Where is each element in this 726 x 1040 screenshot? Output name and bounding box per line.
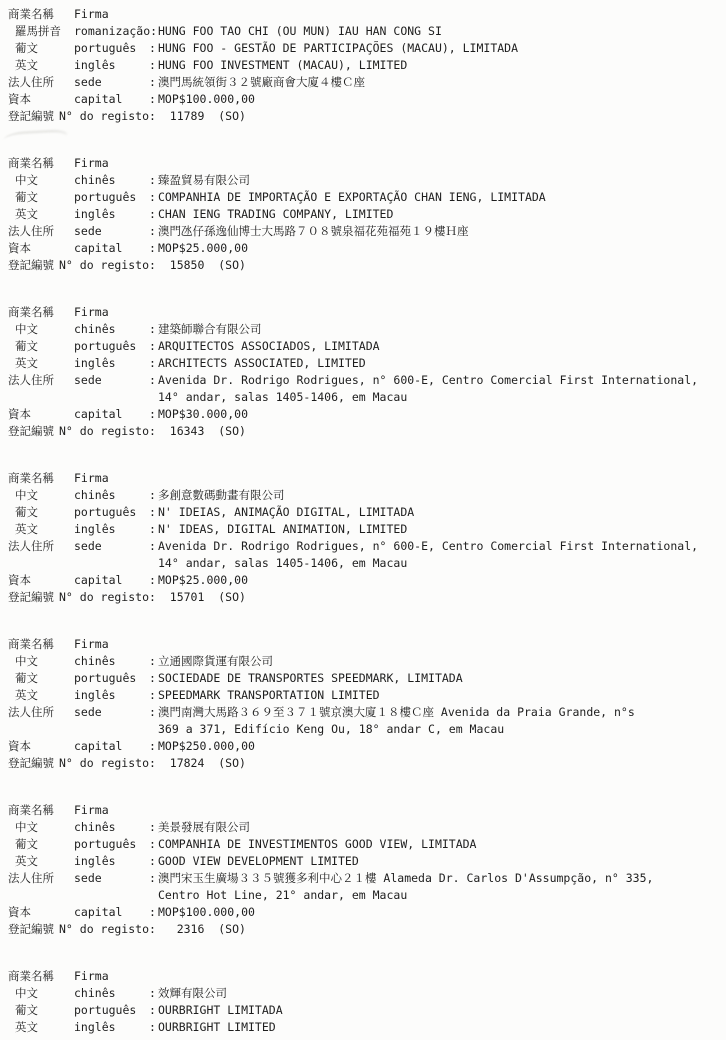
row-english-name: 英文 inglês : SPEEDMARK TRANSPORTATION LIM…: [0, 687, 726, 704]
field-value: 澳門馬統領街３２號廠商會大廈４樓Ｃ座: [158, 74, 365, 91]
field-label-zh: 中文: [0, 653, 74, 670]
field-label-zh: 登記編號: [0, 755, 59, 772]
row-registered-office: 法人住所 sede : Avenida Dr. Rodrigo Rodrigue…: [0, 538, 726, 572]
row-english-name: 英文 inglês : HUNG FOO INVESTMENT (MACAU),…: [0, 57, 726, 74]
business-name-label-pt: Firma: [74, 470, 149, 487]
colon-separator: :: [149, 538, 158, 555]
business-name-label-zh: 商業名稱: [0, 968, 74, 985]
record-header-row: 商業名稱 Firma: [0, 6, 726, 23]
field-value: 15850 (SO): [156, 257, 246, 274]
colon-separator: :: [149, 240, 158, 257]
field-label-pt: romanização:: [74, 23, 149, 40]
colon-separator: :: [149, 819, 158, 836]
row-chinese-name: 中文 chinês : 臻盈貿易有限公司: [0, 172, 726, 189]
field-label-pt: capital: [74, 240, 149, 257]
business-name-label-zh: 商業名稱: [0, 304, 74, 321]
row-english-name: 英文 inglês : OURBRIGHT LIMITED: [0, 1019, 726, 1036]
colon-separator: :: [149, 338, 158, 355]
row-english-name: 英文 inglês : GOOD VIEW DEVELOPMENT LIMITE…: [0, 853, 726, 870]
field-label-pt: capital: [74, 406, 149, 423]
row-portuguese-name: 葡文 português : N' IDEIAS, ANIMAÇÃO DIGIT…: [0, 504, 726, 521]
field-label-pt: N° do registo:: [59, 108, 156, 125]
field-label-zh: 中文: [0, 321, 74, 338]
colon-separator: :: [149, 321, 158, 338]
field-value: COMPANHIA DE IMPORTAÇÃO E EXPORTAÇÃO CHA…: [158, 189, 546, 206]
field-label-pt: sede: [74, 372, 149, 389]
field-value: MOP$30.000,00: [158, 406, 248, 423]
row-chinese-name: 中文 chinês : 美景發展有限公司: [0, 819, 726, 836]
field-value: 澳門宋玉生廣場３３５號獲多利中心２１樓 Alameda Dr. Carlos D…: [158, 870, 653, 904]
field-label-pt: capital: [74, 904, 149, 921]
business-name-label-pt: Firma: [74, 155, 149, 172]
field-label-pt: inglês: [74, 687, 149, 704]
field-label-pt: português: [74, 40, 149, 57]
record-header-row: 商業名稱 Firma: [0, 304, 726, 321]
colon-separator: :: [149, 572, 158, 589]
field-label-pt: chinês: [74, 172, 149, 189]
company-record: 商業名稱 Firma 羅馬拼音 romanização: HUNG FOO TA…: [0, 6, 726, 125]
business-name-label-zh: 商業名稱: [0, 155, 74, 172]
row-english-name: 英文 inglês : ARCHITECTS ASSOCIATED, LIMIT…: [0, 355, 726, 372]
field-label-zh: 登記編號: [0, 921, 59, 938]
field-label-pt: sede: [74, 538, 149, 555]
colon-separator: :: [149, 57, 158, 74]
colon-separator: :: [149, 653, 158, 670]
field-label-zh: 葡文: [0, 504, 74, 521]
field-label-zh: 法人住所: [0, 372, 74, 389]
row-registered-office: 法人住所 sede : Avenida Dr. Rodrigo Rodrigue…: [0, 372, 726, 406]
gazette-page: 商業名稱 Firma 羅馬拼音 romanização: HUNG FOO TA…: [0, 0, 726, 1036]
colon-separator: :: [149, 521, 158, 538]
field-label-zh: 葡文: [0, 40, 74, 57]
field-value: HUNG FOO TAO CHI (OU MUN) IAU HAN CONG S…: [158, 23, 442, 40]
field-value: OURBRIGHT LIMITED: [158, 1019, 276, 1036]
field-label-pt: N° do registo:: [59, 423, 156, 440]
field-value: 建築師聯合有限公司: [158, 321, 262, 338]
row-capital: 資本 capital : MOP$30.000,00: [0, 406, 726, 423]
record-header-row: 商業名稱 Firma: [0, 968, 726, 985]
colon-separator: :: [149, 223, 158, 240]
field-value: 澳門南灣大馬路３６９至３７１號京澳大廈１８樓Ｃ座 Avenida da Prai…: [158, 704, 635, 738]
field-value: MOP$250.000,00: [158, 738, 255, 755]
field-label-zh: 登記編號: [0, 423, 59, 440]
field-label-zh: 英文: [0, 57, 74, 74]
field-label-pt: inglês: [74, 1019, 149, 1036]
field-label-zh: 羅馬拼音: [0, 23, 74, 40]
colon-separator: :: [149, 406, 158, 423]
field-label-pt: português: [74, 836, 149, 853]
row-registered-office: 法人住所 sede : 澳門南灣大馬路３６９至３７１號京澳大廈１８樓Ｃ座 Ave…: [0, 704, 726, 738]
company-record: 商業名稱 Firma 中文 chinês : 臻盈貿易有限公司 葡文 portu…: [0, 155, 726, 274]
field-label-pt: sede: [74, 704, 149, 721]
company-record: 商業名稱 Firma 中文 chinês : 建築師聯合有限公司 葡文 port…: [0, 304, 726, 440]
field-label-zh: 葡文: [0, 189, 74, 206]
field-label-pt: N° do registo:: [59, 257, 156, 274]
field-label-zh: 中文: [0, 819, 74, 836]
field-label-zh: 法人住所: [0, 74, 74, 91]
field-label-zh: 法人住所: [0, 538, 74, 555]
row-chinese-name: 中文 chinês : 立通國際貨運有限公司: [0, 653, 726, 670]
field-label-zh: 法人住所: [0, 870, 74, 887]
field-value: 臻盈貿易有限公司: [158, 172, 250, 189]
field-value: 效輝有限公司: [158, 985, 227, 1002]
field-value: 15701 (SO): [156, 589, 246, 606]
colon-separator: :: [149, 670, 158, 687]
business-name-label-zh: 商業名稱: [0, 6, 74, 23]
row-registered-office: 法人住所 sede : 澳門宋玉生廣場３３５號獲多利中心２１樓 Alameda …: [0, 870, 726, 904]
field-value: MOP$100.000,00: [158, 904, 255, 921]
field-value: 11789 (SO): [156, 108, 246, 125]
company-record: 商業名稱 Firma 中文 chinês : 美景發展有限公司 葡文 portu…: [0, 802, 726, 938]
field-value: 17824 (SO): [156, 755, 246, 772]
field-label-pt: N° do registo:: [59, 589, 156, 606]
row-registered-office: 法人住所 sede : 澳門氹仔孫逸仙博士大馬路７０８號泉福花苑福苑１９樓Ｈ座: [0, 223, 726, 240]
row-portuguese-name: 葡文 português : COMPANHIA DE INVESTIMENTO…: [0, 836, 726, 853]
row-chinese-name: 中文 chinês : 效輝有限公司: [0, 985, 726, 1002]
row-portuguese-name: 葡文 português : ARQUITECTOS ASSOCIADOS, L…: [0, 338, 726, 355]
row-registered-office: 法人住所 sede : 澳門馬統領街３２號廠商會大廈４樓Ｃ座: [0, 74, 726, 91]
colon-separator: :: [149, 985, 158, 1002]
field-value: OURBRIGHT LIMITADA: [158, 1002, 283, 1019]
row-registration-number: 登記編號 N° do registo: 15701 (SO): [0, 589, 726, 606]
company-record: 商業名稱 Firma 中文 chinês : 多創意數碼動畫有限公司 葡文 po…: [0, 470, 726, 606]
row-portuguese-name: 葡文 português : HUNG FOO - GESTÃO DE PART…: [0, 40, 726, 57]
scan-artifact: [0, 129, 70, 147]
field-value: SPEEDMARK TRANSPORTATION LIMITED: [158, 687, 380, 704]
field-value: GOOD VIEW DEVELOPMENT LIMITED: [158, 853, 359, 870]
row-capital: 資本 capital : MOP$250.000,00: [0, 738, 726, 755]
field-label-zh: 法人住所: [0, 704, 74, 721]
field-label-pt: sede: [74, 870, 149, 887]
field-value: 立通國際貨運有限公司: [158, 653, 273, 670]
field-value: SOCIEDADE DE TRANSPORTES SPEEDMARK, LIMI…: [158, 670, 463, 687]
field-value: Avenida Dr. Rodrigo Rodrigues, n° 600-E,…: [158, 538, 698, 572]
row-portuguese-name: 葡文 português : SOCIEDADE DE TRANSPORTES …: [0, 670, 726, 687]
field-label-pt: português: [74, 504, 149, 521]
field-label-pt: sede: [74, 223, 149, 240]
field-label-pt: português: [74, 1002, 149, 1019]
field-label-pt: N° do registo:: [59, 921, 156, 938]
field-label-pt: capital: [74, 91, 149, 108]
field-label-pt: sede: [74, 74, 149, 91]
colon-separator: :: [149, 206, 158, 223]
company-record: 商業名稱 Firma 中文 chinês : 效輝有限公司 葡文 portugu…: [0, 968, 726, 1036]
field-label-zh: 英文: [0, 1019, 74, 1036]
field-label-zh: 葡文: [0, 836, 74, 853]
field-value: MOP$25.000,00: [158, 240, 248, 257]
field-label-pt: inglês: [74, 853, 149, 870]
record-header-row: 商業名稱 Firma: [0, 636, 726, 653]
field-value: N' IDEIAS, ANIMAÇÃO DIGITAL, LIMITADA: [158, 504, 414, 521]
row-portuguese-name: 葡文 português : COMPANHIA DE IMPORTAÇÃO E…: [0, 189, 726, 206]
field-label-zh: 登記編號: [0, 589, 59, 606]
business-name-label-pt: Firma: [74, 968, 149, 985]
field-label-zh: 中文: [0, 985, 74, 1002]
field-value: ARQUITECTOS ASSOCIADOS, LIMITADA: [158, 338, 380, 355]
field-value: 2316 (SO): [156, 921, 246, 938]
field-label-zh: 英文: [0, 521, 74, 538]
colon-separator: :: [149, 91, 158, 108]
business-name-label-zh: 商業名稱: [0, 470, 74, 487]
field-label-pt: português: [74, 189, 149, 206]
row-chinese-name: 中文 chinês : 多創意數碼動畫有限公司: [0, 487, 726, 504]
field-label-zh: 登記編號: [0, 257, 59, 274]
field-label-zh: 資本: [0, 572, 74, 589]
colon-separator: :: [149, 687, 158, 704]
row-registration-number: 登記編號 N° do registo: 15850 (SO): [0, 257, 726, 274]
business-name-label-zh: 商業名稱: [0, 802, 74, 819]
field-label-zh: 資本: [0, 406, 74, 423]
colon-separator: :: [149, 836, 158, 853]
colon-separator: :: [149, 853, 158, 870]
field-value: 16343 (SO): [156, 423, 246, 440]
colon-separator: :: [149, 1019, 158, 1036]
field-value: 澳門氹仔孫逸仙博士大馬路７０８號泉福花苑福苑１９樓Ｈ座: [158, 223, 469, 240]
field-label-pt: chinês: [74, 653, 149, 670]
business-name-label-pt: Firma: [74, 636, 149, 653]
business-name-label-pt: Firma: [74, 802, 149, 819]
colon-separator: :: [149, 1002, 158, 1019]
field-value: CHAN IENG TRADING COMPANY, LIMITED: [158, 206, 393, 223]
colon-separator: :: [149, 738, 158, 755]
field-label-pt: chinês: [74, 985, 149, 1002]
row-registration-number: 登記編號 N° do registo: 2316 (SO): [0, 921, 726, 938]
row-english-name: 英文 inglês : CHAN IENG TRADING COMPANY, L…: [0, 206, 726, 223]
field-label-pt: N° do registo:: [59, 755, 156, 772]
colon-separator: :: [149, 704, 158, 721]
field-label-pt: português: [74, 670, 149, 687]
field-label-zh: 中文: [0, 172, 74, 189]
field-value: COMPANHIA DE INVESTIMENTOS GOOD VIEW, LI…: [158, 836, 477, 853]
field-label-zh: 資本: [0, 904, 74, 921]
colon-separator: :: [149, 870, 158, 887]
business-name-label-pt: Firma: [74, 304, 149, 321]
field-label-zh: 法人住所: [0, 223, 74, 240]
company-record: 商業名稱 Firma 中文 chinês : 立通國際貨運有限公司 葡文 por…: [0, 636, 726, 772]
field-label-zh: 資本: [0, 240, 74, 257]
field-value: HUNG FOO - GESTÃO DE PARTICIPAÇÕES (MACA…: [158, 40, 518, 57]
field-label-zh: 中文: [0, 487, 74, 504]
field-label-zh: 葡文: [0, 338, 74, 355]
row-registration-number: 登記編號 N° do registo: 17824 (SO): [0, 755, 726, 772]
field-label-pt: chinês: [74, 487, 149, 504]
field-label-pt: chinês: [74, 819, 149, 836]
colon-separator: :: [149, 504, 158, 521]
colon-separator: :: [149, 355, 158, 372]
colon-separator: :: [149, 372, 158, 389]
colon-separator: :: [149, 189, 158, 206]
field-value: HUNG FOO INVESTMENT (MACAU), LIMITED: [158, 57, 407, 74]
field-label-zh: 英文: [0, 853, 74, 870]
field-value: 多創意數碼動畫有限公司: [158, 487, 285, 504]
field-value: MOP$25.000,00: [158, 572, 248, 589]
field-label-pt: inglês: [74, 206, 149, 223]
field-value: Avenida Dr. Rodrigo Rodrigues, n° 600-E,…: [158, 372, 698, 406]
record-header-row: 商業名稱 Firma: [0, 155, 726, 172]
colon-separator: :: [149, 40, 158, 57]
row-registration-number: 登記編號 N° do registo: 16343 (SO): [0, 423, 726, 440]
row-chinese-name: 中文 chinês : 建築師聯合有限公司: [0, 321, 726, 338]
colon-separator: :: [149, 172, 158, 189]
field-label-pt: chinês: [74, 321, 149, 338]
field-label-zh: 登記編號: [0, 108, 59, 125]
row-capital: 資本 capital : MOP$100.000,00: [0, 904, 726, 921]
field-label-zh: 英文: [0, 206, 74, 223]
business-name-label-pt: Firma: [74, 6, 149, 23]
field-label-pt: capital: [74, 738, 149, 755]
colon-separator: :: [149, 904, 158, 921]
field-value: ARCHITECTS ASSOCIATED, LIMITED: [158, 355, 366, 372]
field-label-zh: 英文: [0, 355, 74, 372]
field-label-zh: 資本: [0, 738, 74, 755]
colon-separator: :: [149, 74, 158, 91]
field-label-pt: inglês: [74, 57, 149, 74]
field-label-zh: 英文: [0, 687, 74, 704]
field-value: MOP$100.000,00: [158, 91, 255, 108]
row-english-name: 英文 inglês : N' IDEAS, DIGITAL ANIMATION,…: [0, 521, 726, 538]
field-label-pt: capital: [74, 572, 149, 589]
field-label-pt: inglês: [74, 355, 149, 372]
field-value: N' IDEAS, DIGITAL ANIMATION, LIMITED: [158, 521, 407, 538]
record-header-row: 商業名稱 Firma: [0, 470, 726, 487]
row-romanization: 羅馬拼音 romanização: HUNG FOO TAO CHI (OU M…: [0, 23, 726, 40]
row-capital: 資本 capital : MOP$25.000,00: [0, 240, 726, 257]
row-capital: 資本 capital : MOP$100.000,00: [0, 91, 726, 108]
row-portuguese-name: 葡文 português : OURBRIGHT LIMITADA: [0, 1002, 726, 1019]
colon-separator: :: [149, 487, 158, 504]
business-name-label-zh: 商業名稱: [0, 636, 74, 653]
field-label-zh: 葡文: [0, 1002, 74, 1019]
row-registration-number: 登記編號 N° do registo: 11789 (SO): [0, 108, 726, 125]
record-header-row: 商業名稱 Firma: [0, 802, 726, 819]
field-label-zh: 葡文: [0, 670, 74, 687]
field-value: 美景發展有限公司: [158, 819, 250, 836]
field-label-pt: inglês: [74, 521, 149, 538]
field-label-pt: português: [74, 338, 149, 355]
row-capital: 資本 capital : MOP$25.000,00: [0, 572, 726, 589]
field-label-zh: 資本: [0, 91, 74, 108]
